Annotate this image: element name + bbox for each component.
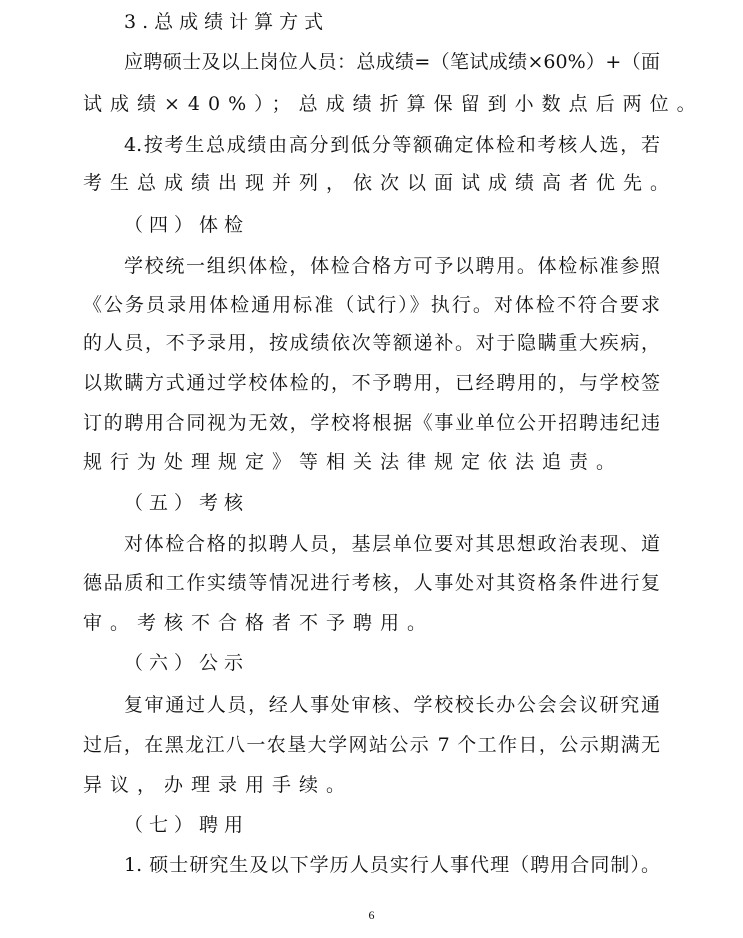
paragraph-line: 审。考核不合格者不予聘用。 <box>83 610 663 636</box>
paragraph-line: 应聘硕士及以上岗位人员：总成绩=（笔试成绩×60%）+（面 <box>124 49 660 75</box>
page-number: 6 <box>0 908 743 923</box>
paragraph-line: 规行为处理规定》等相关法律规定依法追责。 <box>83 449 663 475</box>
paragraph-line: 对体检合格的拟聘人员，基层单位要对其思想政治表现、道 <box>124 531 660 557</box>
section-heading-assessment: （五）考核 <box>124 490 704 516</box>
section-heading-physical-exam: （四）体检 <box>124 212 704 238</box>
section-heading-employment: （七）聘用 <box>124 812 704 838</box>
paragraph-line: 异议，办理录用手续。 <box>83 772 663 798</box>
document-page: 3.总成绩计算方式 应聘硕士及以上岗位人员：总成绩=（笔试成绩×60%）+（面 … <box>0 0 743 938</box>
paragraph-line: 过后，在黑龙江八一农垦大学网站公示 7 个工作日，公示期满无 <box>83 732 660 758</box>
paragraph-line: 复审通过人员，经人事处审核、学校校长办公会会议研究通 <box>124 692 660 718</box>
paragraph-line: 《公务员录用体检通用标准（试行）》执行。对体检不符合要求 <box>83 292 660 318</box>
paragraph-line: 德品质和工作实绩等情况进行考核，人事处对其资格条件进行复 <box>83 570 660 596</box>
section-heading-publicity: （六）公示 <box>124 650 704 676</box>
section-heading-calc-method: 3.总成绩计算方式 <box>124 9 704 35</box>
paragraph-line: 的人员，不予录用，按成绩依次等额递补。对于隐瞒重大疾病， <box>83 330 660 356</box>
paragraph-line: 4.按考生总成绩由高分到低分等额确定体检和考核人选，若 <box>124 132 660 158</box>
paragraph-line: 订的聘用合同视为无效，学校将根据《事业单位公开招聘违纪违 <box>83 410 660 436</box>
paragraph-line: 学校统一组织体检，体检合格方可予以聘用。体检标准参照 <box>124 253 660 279</box>
paragraph-line: 试成绩×40%）；总成绩折算保留到小数点后两位。 <box>83 91 663 117</box>
paragraph-line: 1. 硕士研究生及以下学历人员实行人事代理（聘用合同制）。 <box>124 852 660 878</box>
paragraph-line: 考生总成绩出现并列，依次以面试成绩高者优先。 <box>83 170 663 196</box>
paragraph-line: 以欺瞒方式通过学校体检的，不予聘用，已经聘用的，与学校签 <box>83 370 660 396</box>
